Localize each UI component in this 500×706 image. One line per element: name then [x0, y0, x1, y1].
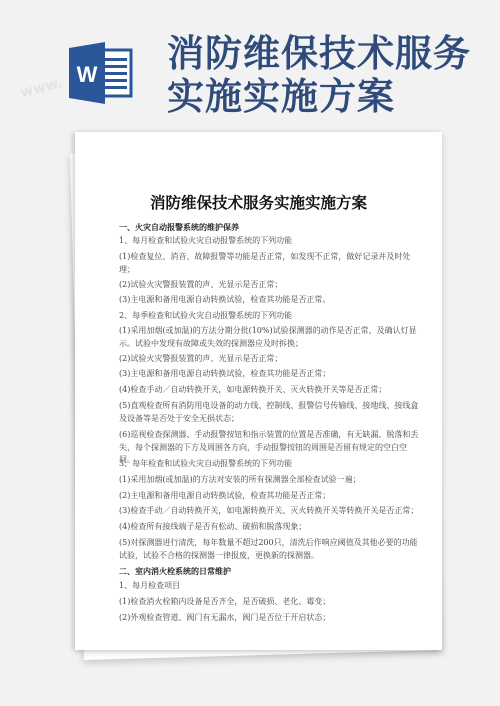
document-paragraph: (1)采用加烟(或加温)的方法分期分批(10%)试验探测器的动作是否正常，及确认…: [119, 325, 419, 350]
document-paragraph: 2、每季检查和试验火灾自动报警系统的下列功能: [119, 310, 419, 321]
document-paragraph: (3)主电源和备用电源自动转换试验，检查其功能是否正常；: [119, 368, 419, 379]
document-paragraph: (1)检查复位、消音、故障报警等功能是否正常，如发现不正常，做好记录并及时处理；: [119, 251, 419, 276]
document-paragraph: (2)主电源和备用电源自动转换试验，检查其功能是否正常；: [119, 490, 419, 501]
document-page: 消防维保技术服务实施实施方案 一、火灾自动报警系统的维护保养1、每月检查和试验火…: [75, 132, 442, 650]
document-paragraph: (2)试验火灾警报装置的声、光显示是否正常；: [119, 279, 419, 290]
document-paragraph: 1、每月检查和试验火灾自动报警系统的下列功能: [119, 235, 419, 246]
document-paragraph: (4)检查手动／自动转换开关，如电源转换开关、灭火转换开关等是否正常；: [119, 384, 419, 395]
document-paragraph: (1)采用加烟(或加温)的方法对安装的所有探测器全部检查试验一遍；: [119, 474, 419, 485]
document-paragraph: (3)主电源和备用电源自动转换试验，检查其功能是否正常。: [119, 294, 419, 305]
section-heading: 二、室内消火栓系统的日常维护: [119, 566, 419, 577]
banner-title-line2: 实施实施方案: [167, 75, 471, 118]
banner: W 消防维保技术服务 实施实施方案: [0, 0, 500, 120]
document-paragraph: (5)直观检查所有消防用电设备的动力线、控制线、报警信号传输线、接地线、接线盒及…: [119, 400, 419, 425]
document-paragraph: (2)外观检查管道、阀门有无漏水，阀门是否位于开启状态；: [119, 612, 419, 623]
document-title: 消防维保技术服务实施实施方案: [75, 191, 442, 213]
banner-title-line1: 消防维保技术服务: [167, 32, 471, 75]
document-paragraph: (2)试验火灾警报装置的声、光显示是否正常；: [119, 353, 419, 364]
document-paragraph: (3)检查手动／自动转换开关，如电源转换开关、灭火转换开关等转换开关是否正常；: [119, 505, 419, 516]
banner-title: 消防维保技术服务 实施实施方案: [167, 32, 471, 118]
document-paragraph: (5)对探测器进行清洗，每年数量不超过200只，清洗后作响应阈值及其他必要的功能…: [119, 537, 419, 562]
word-document-icon: W: [69, 42, 133, 104]
document-paragraph: 3、每年检查和试验火灾自动报警系统的下列功能: [119, 458, 419, 469]
section-heading: 一、火灾自动报警系统的维护保养: [119, 222, 419, 233]
document-paragraph: 1、每月检查项目: [119, 580, 419, 591]
document-paragraph: (4)检查所有接线端子是否有松动、破损和脱落现象；: [119, 521, 419, 532]
document-paragraph: (1)检查消火栓箱内设备是否齐全，是否破损、老化、霉变；: [119, 596, 419, 607]
svg-text:W: W: [77, 62, 98, 87]
